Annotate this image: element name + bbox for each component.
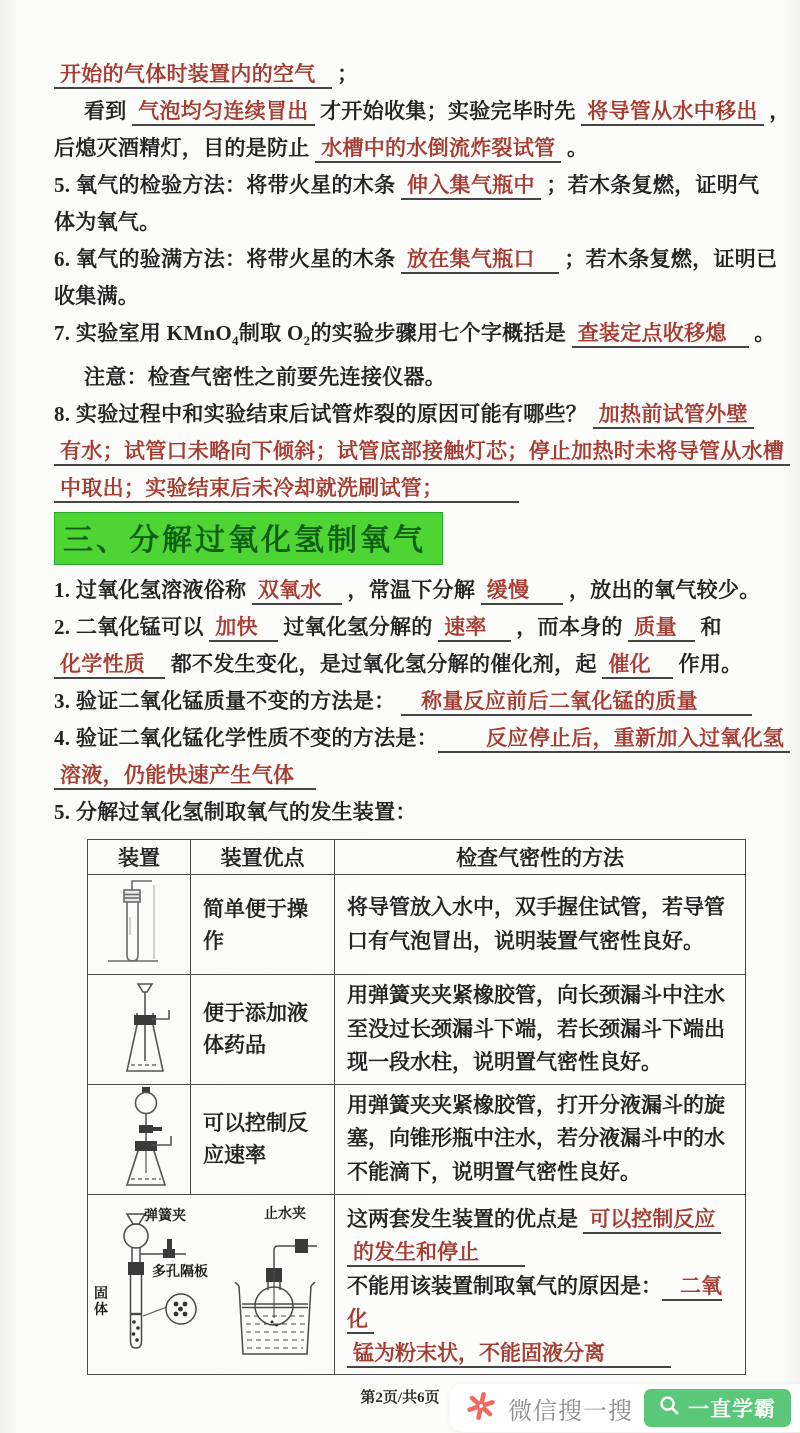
porous-plate-label: 多孔隔板 [152,1265,208,1281]
advantage-cell: 可以控制反应速率 [191,1084,335,1194]
text-line: 注意：检查气密性之前要先连接仪器。 [54,359,746,396]
text-line: 收集满。 [54,278,746,315]
method-line: 锰为粉末状，不能固液分离 [347,1337,735,1371]
table-row: 便于添加液体药品用弹簧夹夹紧橡胶管，向长颈漏斗中注水至没过长颈漏斗下端，若长颈漏… [88,975,746,1085]
text-line: 2. 二氧化锰可以 加快 过氧化氢分解的 速率 ，而本身的 质量 和 [54,609,746,646]
note-text: 不能用该装置制取氧气的原因是： [347,1274,662,1298]
note-text: 5. 分解过氧化氢制取氧气的发生装置： [54,800,417,824]
note-text: 4 [232,333,239,348]
note-text: 和 [695,615,722,639]
pinch-clamp-label: 止水夹 [264,1207,306,1223]
method-line: 用弹簧夹夹紧橡胶管，打开分液漏斗的旋塞，向锥形瓶中注水，若分液漏斗中的水不能滴下… [347,1089,735,1190]
method-line: 不能用该装置制取氧气的原因是：二氧化 [347,1270,735,1337]
note-text: 都不发生变化，是过氧化氢分解的催化剂，起 [165,652,602,676]
note-text: 将导管放入水中，双手握住试管，若导管口有气泡冒出，说明装置气密性良好。 [347,895,725,953]
text-line: 3. 验证二氧化锰质量不变的方法是： 称量反应前后二氧化锰的质量 [54,683,746,720]
dual-control-devices-diagram [89,1206,334,1363]
notes-page: 开始的气体时装置内的空气 ；看到 气泡均匀连续冒出 才开始收集；实验完毕时先 将… [0,0,800,1375]
answer-text: 查装定点收移熄 [572,321,749,348]
table-column-header: 装置优点 [191,840,335,875]
watermark-badge: 微信搜一搜 一直学霸 [450,1384,800,1432]
text-line: 有水；试管口未略向下倾斜；试管底部接触灯芯；停止加热时未将导管从水槽 [54,433,746,470]
table-row: 可以控制反应速率用弹簧夹夹紧橡胶管，打开分液漏斗的旋塞，向锥形瓶中注水，若分液漏… [88,1084,746,1194]
advantage-cell: 便于添加液体药品 [191,975,335,1085]
method-line: 将导管放入水中，双手握住试管，若导管口有气泡冒出，说明装置气密性良好。 [347,891,735,958]
answer-text: 缓慢 [481,578,564,605]
answer-text: 的发生和停止 [347,1240,525,1267]
text-line: 5. 分解过氧化氢制取氧气的发生装置： [54,794,746,831]
method-cell: 用弹簧夹夹紧橡胶管，向长颈漏斗中注水至没过长颈漏斗下端，若长颈漏斗下端出现一段水… [335,975,746,1085]
table-column-header: 装置 [88,840,191,875]
note-text: 用弹簧夹夹紧橡胶管，向长颈漏斗中注水至没过长颈漏斗下端，若长颈漏斗下端出现一段水… [347,983,725,1074]
note-text: 体为氧气。 [54,210,161,234]
note-text: 3. 验证二氧化锰质量不变的方法是： [54,689,401,713]
text-line: 中取出；实验结束后未冷却就洗刷试管； [54,470,746,507]
apparatus-cell [88,1084,191,1194]
note-text: 看到 [84,99,132,123]
note-text: 。 [749,321,776,345]
answer-text: 可以控制反应 [583,1207,721,1234]
text-line: 5. 氧气的检验方法：将带火星的木条 伸入集气瓶中 ；若木条复燃，证明气 [54,167,746,204]
note-text: 4. 验证二氧化锰化学性质不变的方法是： [54,726,438,750]
answer-text: 放在集气瓶口 [401,247,559,274]
note-text: 收集满。 [54,284,139,308]
answer-text: 双氧水 [252,578,342,605]
table-header-row: 装置装置优点检查气密性的方法 [88,840,746,875]
note-text: ，常温下分解 [342,578,481,602]
answer-text: 将导管从水中移出 [581,99,763,126]
method-line: 这两套发生装置的优点是 可以控制反应 [347,1203,735,1237]
apparatus-cell: 弹簧夹多孔隔板固体止水夹 [88,1194,335,1375]
spring-clamp-label: 弹簧夹 [144,1209,186,1225]
note-text: 作用。 [673,652,742,676]
note-text: 1. 过氧化氢溶液俗称 [54,578,252,602]
apparatus-cell [88,875,191,975]
answer-text: 中取出；实验结束后未冷却就洗刷试管； [54,476,519,503]
answer-text: 催化 [602,652,673,679]
answer-text: 有水；试管口未略向下倾斜；试管底部接触灯芯；停止加热时未将导管从水槽 [54,439,790,466]
flask-longneck-funnel-diagram [94,979,184,1079]
text-line: 开始的气体时装置内的空气 ； [54,56,746,93]
text-line: 8. 实验过程中和实验结束后试管炸裂的原因可能有哪些？ 加热前试管外壁 [54,396,746,433]
note-text: 。 [561,136,588,160]
answer-text: 伸入集气瓶中 [401,173,541,200]
note-text: ，而本身的 [511,615,629,639]
answer-text: 溶液，仍能快速产生气体 [54,763,316,790]
answer-text: 化学性质 [54,652,165,679]
note-text: ，放出的氧气较少。 [563,578,760,602]
wechat-search-icon [465,1390,497,1427]
method-line: 的发生和停止 [347,1236,735,1270]
solid-label: 固体 [93,1287,109,1319]
method-cell: 将导管放入水中，双手握住试管，若导管口有气泡冒出，说明装置气密性良好。 [335,875,746,975]
note-text: 用弹簧夹夹紧橡胶管，打开分液漏斗的旋塞，向锥形瓶中注水，若分液漏斗中的水不能滴下… [347,1093,725,1184]
table-column-header: 检查气密性的方法 [335,840,746,875]
note-text: 这两套发生装置的优点是 [347,1207,583,1231]
flask-separating-funnel-diagram [94,1085,184,1193]
answer-text: 开始的气体时装置内的空气 [54,62,332,89]
answer-text: 质量 [628,615,695,642]
table-row: 简单便于操作将导管放入水中，双手握住试管，若导管口有气泡冒出，说明装置气密性良好… [88,875,746,975]
note-text: ；若木条复燃，证明已 [559,247,778,271]
note-text: ；若木条复燃，证明气 [541,173,760,197]
table-body: 简单便于操作将导管放入水中，双手握住试管，若导管口有气泡冒出，说明装置气密性良好… [88,875,746,1375]
answer-text: 加热前试管外壁 [593,402,754,429]
text-line: 看到 气泡均匀连续冒出 才开始收集；实验完毕时先 将导管从水中移出 ， [54,93,746,130]
note-text: 制取 O [239,321,304,345]
apparatus-cell [88,975,191,1085]
text-line: 后熄灭酒精灯，目的是防止 水槽中的水倒流炸裂试管 。 [54,130,746,167]
answer-text: 水槽中的水倒流炸裂试管 [315,136,561,163]
method-line: 用弹簧夹夹紧橡胶管，向长颈漏斗中注水至没过长颈漏斗下端，若长颈漏斗下端出现一段水… [347,979,735,1080]
text-line: 1. 过氧化氢溶液俗称 双氧水 ，常温下分解 缓慢 ，放出的氧气较少。 [54,572,746,609]
watermark-button-label: 一直学霸 [688,1393,776,1423]
text-line: 6. 氧气的验满方法：将带火星的木条 放在集气瓶口 ；若木条复燃，证明已 [54,241,746,278]
answer-text: 加快 [209,615,278,642]
note-text: 6. 氧气的验满方法：将带火星的木条 [54,247,401,271]
answer-text: 称量反应前后二氧化锰的质量 [401,689,752,716]
text-line: 体为氧气。 [54,204,746,241]
notes-text-blocks: 开始的气体时装置内的空气 ；看到 气泡均匀连续冒出 才开始收集；实验完毕时先 将… [54,56,746,831]
note-text: 注意：检查气密性之前要先连接仪器。 [84,365,446,389]
note-text: 5. 氧气的检验方法：将带火星的木条 [54,173,401,197]
section-header: 三、分解过氧化氢制氧气 [54,512,443,565]
test-tube-generator-diagram [94,877,184,972]
note-text: 才开始收集；实验完毕时先 [315,99,582,123]
method-cell: 这两套发生装置的优点是 可以控制反应的发生和停止不能用该装置制取氧气的原因是：二… [335,1194,746,1375]
answer-text: 锰为粉末状，不能固液分离 [347,1341,671,1368]
note-text: 的实验步骤用七个字概括是 [310,321,571,345]
method-cell: 用弹簧夹夹紧橡胶管，打开分液漏斗的旋塞，向锥形瓶中注水，若分液漏斗中的水不能滴下… [335,1084,746,1194]
answer-text: 反应停止后，重新加入过氧化氢 [438,726,790,753]
watermark-brand-text: 微信搜一搜 [508,1391,633,1426]
note-text: 2. 二氧化锰可以 [54,615,209,639]
text-line: 4. 验证二氧化锰化学性质不变的方法是：反应停止后，重新加入过氧化氢 [54,720,746,757]
answer-text: 气泡均匀连续冒出 [132,99,314,126]
apparatus-table: 装置装置优点检查气密性的方法 简单便于操作将导管放入水中，双手握住试管，若导管口… [87,839,746,1375]
magnifier-icon [659,1395,680,1422]
table-row: 弹簧夹多孔隔板固体止水夹这两套发生装置的优点是 可以控制反应的发生和停止不能用该… [88,1194,746,1375]
note-text: 7. 实验室用 KMnO [54,321,232,345]
answer-text: 速率 [438,615,511,642]
text-line: 7. 实验室用 KMnO4制取 O2的实验步骤用七个字概括是 查装定点收移熄 。 [54,315,746,359]
note-text: 过氧化氢分解的 [278,615,438,639]
search-account-button[interactable]: 一直学霸 [644,1389,791,1427]
advantage-cell: 简单便于操作 [191,875,335,975]
note-text: ， [764,99,791,123]
note-text: ； [332,62,359,86]
text-line: 溶液，仍能快速产生气体 [54,757,746,794]
note-text: 8. 实验过程中和实验结束后试管炸裂的原因可能有哪些？ [54,402,593,426]
text-line: 化学性质 都不发生变化，是过氧化氢分解的催化剂，起 催化 作用。 [54,646,746,683]
note-text: 后熄灭酒精灯，目的是防止 [54,136,315,160]
